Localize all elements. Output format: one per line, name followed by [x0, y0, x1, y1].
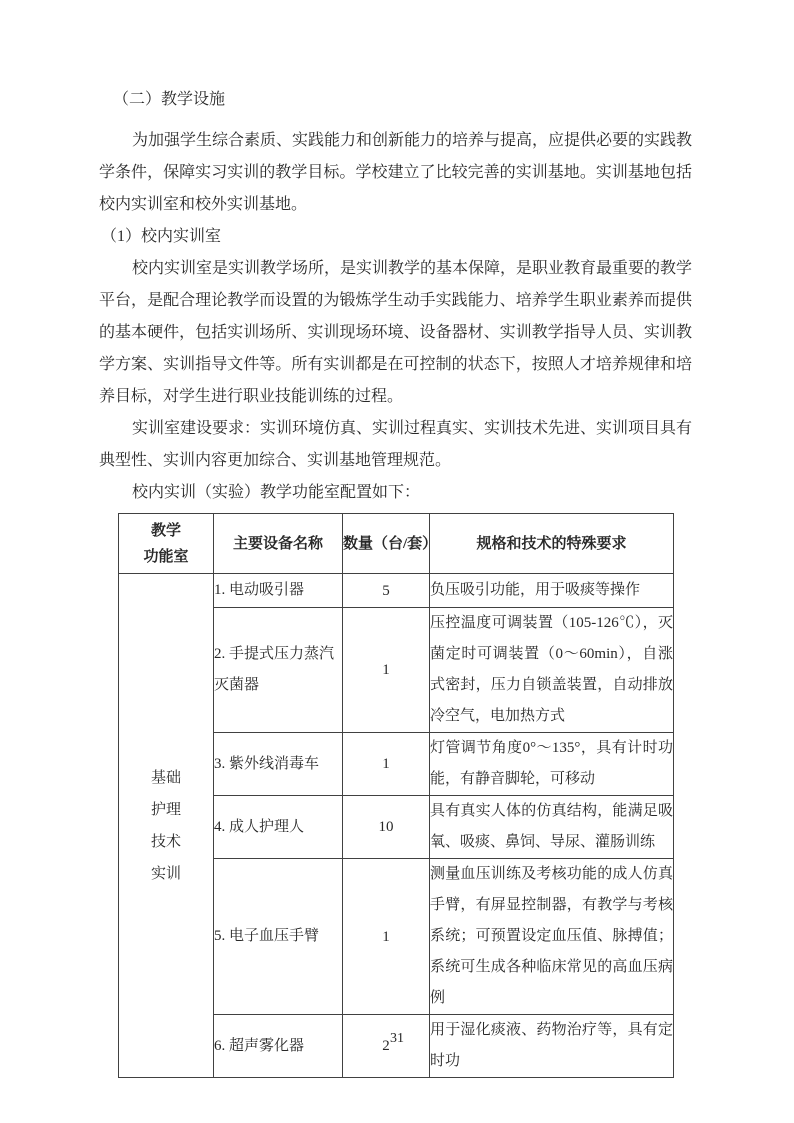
device-spec: 负压吸引功能，用于吸痰等操作: [430, 574, 674, 608]
device-qty: 1: [343, 608, 430, 733]
device-spec: 具有真实人体的仿真结构，能满足吸氧、吸痰、鼻饲、导尿、灌肠训练: [430, 796, 674, 859]
device-qty: 1: [343, 859, 430, 1015]
paragraph-table-intro: 校内实训（实验）教学功能室配置如下：: [99, 477, 692, 509]
document-page: （二）教学设施 为加强学生综合素质、实践能力和创新能力的培养与提高，应提供必要的…: [0, 0, 794, 1123]
subsection-heading: （1）校内实训室: [99, 221, 692, 253]
paragraph-requirements: 实训室建设要求：实训环境仿真、实训过程真实、实训技术先进、实训项目具有典型性、实…: [99, 413, 692, 477]
device-qty: 10: [343, 796, 430, 859]
room-name-cell: 基础 护理 技术 实训: [119, 574, 214, 1078]
equipment-table: 教学 功能室 主要设备名称 数量（台/套） 规格和技术的特殊要求 基础 护理 技…: [118, 513, 674, 1078]
device-qty: 1: [343, 733, 430, 796]
col-header-room: 教学 功能室: [119, 514, 214, 574]
device-name: 3. 紫外线消毒车: [214, 733, 343, 796]
device-qty: 5: [343, 574, 430, 608]
table-header-row: 教学 功能室 主要设备名称 数量（台/套） 规格和技术的特殊要求: [119, 514, 674, 574]
col-header-device: 主要设备名称: [214, 514, 343, 574]
device-name: 2. 手提式压力蒸汽灭菌器: [214, 608, 343, 733]
col-header-qty: 数量（台/套）: [343, 514, 430, 574]
paragraph-facilities-intro: 为加强学生综合素质、实践能力和创新能力的培养与提高，应提供必要的实践教学条件，保…: [99, 125, 692, 221]
table-row: 基础 护理 技术 实训 1. 电动吸引器 5 负压吸引功能，用于吸痰等操作: [119, 574, 674, 608]
paragraph-training-room: 校内实训室是实训教学场所，是实训教学的基本保障，是职业教育最重要的教学平台，是配…: [99, 253, 692, 413]
device-spec: 测量血压训练及考核功能的成人仿真手臂，有屏显控制器，有教学与考核系统；可预置设定…: [430, 859, 674, 1015]
device-spec: 压控温度可调装置（105-126℃），灭菌定时可调装置（0～60min），自涨式…: [430, 608, 674, 733]
device-name: 4. 成人护理人: [214, 796, 343, 859]
device-name: 5. 电子血压手臂: [214, 859, 343, 1015]
device-spec: 灯管调节角度0°～135°，具有计时功能，有静音脚轮，可移动: [430, 733, 674, 796]
page-content: （二）教学设施 为加强学生综合素质、实践能力和创新能力的培养与提高，应提供必要的…: [99, 84, 692, 1078]
col-header-spec: 规格和技术的特殊要求: [430, 514, 674, 574]
device-name: 1. 电动吸引器: [214, 574, 343, 608]
section-heading: （二）教学设施: [99, 84, 692, 116]
page-number: 31: [0, 1031, 794, 1047]
